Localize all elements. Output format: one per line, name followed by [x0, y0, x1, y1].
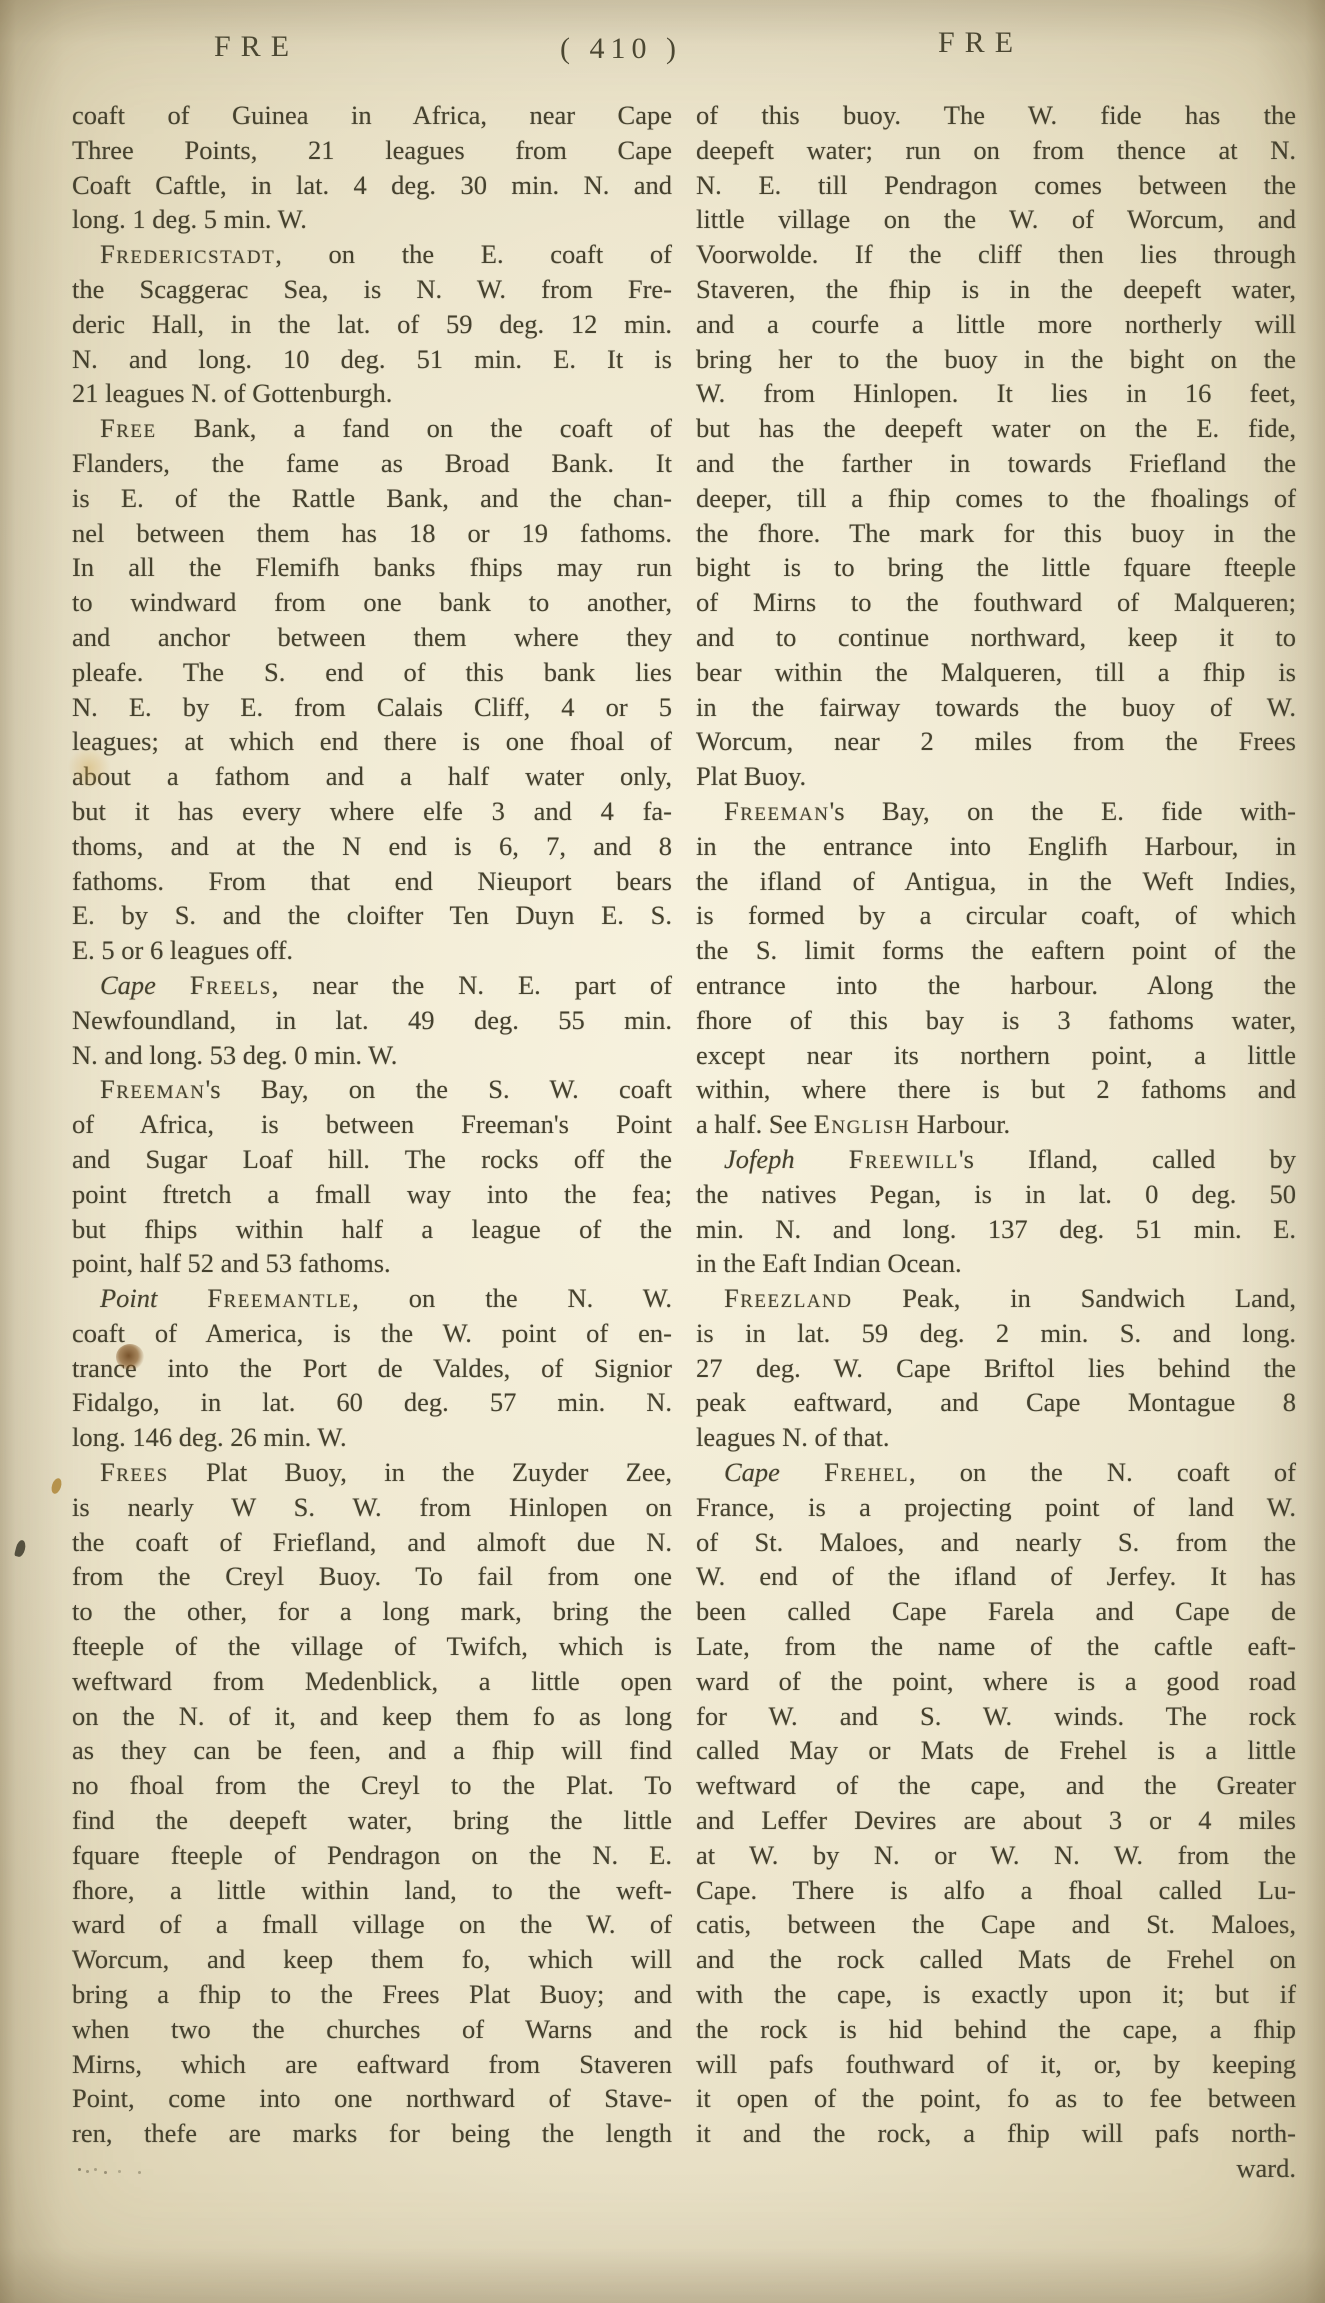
text-line: Fidalgo, in lat. 60 deg. 57 min. N.	[72, 1385, 672, 1420]
text-line: Point Freemantle, on the N. W.	[72, 1281, 672, 1316]
text-line: long. 146 deg. 26 min. W.	[72, 1420, 672, 1455]
text-line: Mirns, which are eaftward from Staveren	[72, 2047, 672, 2082]
text-line: and Sugar Loaf hill. The rocks off the	[72, 1142, 672, 1177]
page-number: ( 410 )	[560, 32, 682, 66]
running-header: FRE ( 410 ) FRE	[0, 30, 1325, 70]
text-column-right: of this buoy. The W. fide has thedeepeft…	[696, 98, 1296, 2186]
text-line: with the cape, is exactly upon it; but i…	[696, 1977, 1296, 2012]
text-line: deepeft water; run on from thence at N.	[696, 133, 1296, 168]
text-line: a half. See English Harbour.	[696, 1107, 1296, 1142]
text-line: ward of the point, where is a good road	[696, 1664, 1296, 1699]
text-line: Worcum, near 2 miles from the Frees	[696, 724, 1296, 759]
text-line: Plat Buoy.	[696, 759, 1296, 794]
header-keyword-right: FRE	[938, 26, 1023, 60]
text-line: and Leffer Devires are about 3 or 4 mile…	[696, 1803, 1296, 1838]
text-line: and to continue northward, keep it to	[696, 620, 1296, 655]
text-line: Flanders, the fame as Broad Bank. It	[72, 446, 672, 481]
text-line: coaft of America, is the W. point of en-	[72, 1316, 672, 1351]
text-line: fquare fteeple of Pendragon on the N. E.	[72, 1838, 672, 1873]
text-line: but fhips within half a league of the	[72, 1212, 672, 1247]
paper-stain	[66, 748, 112, 788]
text-line: coaft of Guinea in Africa, near Cape	[72, 98, 672, 133]
text-line: fteeple of the village of Twifch, which …	[72, 1629, 672, 1664]
text-line: and the rock called Mats de Frehel on	[696, 1942, 1296, 1977]
header-keyword-left: FRE	[214, 30, 299, 64]
text-line: E. 5 or 6 leagues off.	[72, 933, 672, 968]
text-line: when two the churches of Warns and	[72, 2012, 672, 2047]
text-line: of this buoy. The W. fide has the	[696, 98, 1296, 133]
text-line: E. by S. and the cloifter Ten Duyn E. S.	[72, 898, 672, 933]
text-line: Fredericstadt, on the E. coaft of	[72, 237, 672, 272]
text-line: ward.	[696, 2151, 1296, 2186]
text-line: the natives Pegan, is in lat. 0 deg. 50	[696, 1177, 1296, 1212]
text-line: fhore of this bay is 3 fathoms water,	[696, 1003, 1296, 1038]
text-line: about a fathom and a half water only,	[72, 759, 672, 794]
text-line: bear within the Malqueren, till a fhip i…	[696, 655, 1296, 690]
text-line: find the deepeft water, bring the little	[72, 1803, 672, 1838]
text-line: 27 deg. W. Cape Briftol lies behind the	[696, 1351, 1296, 1386]
text-line: weftward from Medenblick, a little open	[72, 1664, 672, 1699]
text-line: within, where there is but 2 fathoms and	[696, 1072, 1296, 1107]
text-line: in the entrance into Englifh Harbour, in	[696, 829, 1296, 864]
text-line: the Scaggerac Sea, is N. W. from Fre-	[72, 272, 672, 307]
text-line: been called Cape Farela and Cape de	[696, 1594, 1296, 1629]
text-line: ren, thefe are marks for being the lengt…	[72, 2116, 672, 2151]
text-line: Frees Plat Buoy, in the Zuyder Zee,	[72, 1455, 672, 1490]
text-line: long. 1 deg. 5 min. W.	[72, 202, 672, 237]
text-line: 21 leagues N. of Gottenburgh.	[72, 376, 672, 411]
text-line: at W. by N. or W. N. W. from the	[696, 1838, 1296, 1873]
ink-stain	[116, 1344, 144, 1370]
text-line: W. from Hinlopen. It lies in 16 feet,	[696, 376, 1296, 411]
text-line: Late, from the name of the caftle eaft-	[696, 1629, 1296, 1664]
text-line: Cape Frehel, on the N. coaft of	[696, 1455, 1296, 1490]
text-line: W. end of the ifland of Jerfey. It has	[696, 1559, 1296, 1594]
text-line: Worcum, and keep them fo, which will	[72, 1942, 672, 1977]
text-line: bring a fhip to the Frees Plat Buoy; and	[72, 1977, 672, 2012]
book-page-scan: FRE ( 410 ) FRE coaft of Guinea in Afric…	[0, 0, 1325, 2303]
text-line: N. E. till Pendragon comes between the	[696, 168, 1296, 203]
text-line: N. and long. 53 deg. 0 min. W.	[72, 1038, 672, 1073]
text-line: as they can be feen, and a fhip will fin…	[72, 1733, 672, 1768]
text-line: fathoms. From that end Nieuport bears	[72, 864, 672, 899]
text-line: deric Hall, in the lat. of 59 deg. 12 mi…	[72, 307, 672, 342]
text-line: is E. of the Rattle Bank, and the chan-	[72, 481, 672, 516]
text-line: the coaft of Friefland, and almoft due N…	[72, 1525, 672, 1560]
text-line: France, is a projecting point of land W.	[696, 1490, 1296, 1525]
text-line: except near its northern point, a little	[696, 1038, 1296, 1073]
text-line: the fhore. The mark for this buoy in the	[696, 516, 1296, 551]
text-line: Cape. There is alfo a fhoal called Lu-	[696, 1873, 1296, 1908]
text-column-left: coaft of Guinea in Africa, near CapeThre…	[72, 98, 672, 2186]
text-line: from the Creyl Buoy. To fail from one	[72, 1559, 672, 1594]
text-line: is nearly W S. W. from Hinlopen on	[72, 1490, 672, 1525]
faded-ink-dots	[78, 2168, 81, 2171]
text-line: Free Bank, a fand on the coaft of	[72, 411, 672, 446]
text-line: fhore, a little within land, to the weft…	[72, 1873, 672, 1908]
text-line: N. and long. 10 deg. 51 min. E. It is	[72, 342, 672, 377]
text-line: the ifland of Antigua, in the Weft Indie…	[696, 864, 1296, 899]
text-line: in the fairway towards the buoy of W.	[696, 690, 1296, 725]
text-line: but has the deepeft water on the E. fide…	[696, 411, 1296, 446]
text-line: peak eaftward, and Cape Montague 8	[696, 1385, 1296, 1420]
text-line: entrance into the harbour. Along the	[696, 968, 1296, 1003]
text-line: trance into the Port de Valdes, of Signi…	[72, 1351, 672, 1386]
text-line: weftward of the cape, and the Greater	[696, 1768, 1296, 1803]
text-line: nel between them has 18 or 19 fathoms.	[72, 516, 672, 551]
text-line: and a courfe a little more northerly wil…	[696, 307, 1296, 342]
text-line: in the Eaft Indian Ocean.	[696, 1246, 1296, 1281]
text-line: and anchor between them where they	[72, 620, 672, 655]
text-line: no fhoal from the Creyl to the Plat. To	[72, 1768, 672, 1803]
text-line: little village on the W. of Worcum, and	[696, 202, 1296, 237]
text-line: of Africa, is between Freeman's Point	[72, 1107, 672, 1142]
text-line: Three Points, 21 leagues from Cape	[72, 133, 672, 168]
margin-ink-mark	[14, 1539, 27, 1558]
text-line: ward of a fmall village on the W. of	[72, 1907, 672, 1942]
text-line: leagues N. of that.	[696, 1420, 1296, 1455]
text-line: Newfoundland, in lat. 49 deg. 55 min.	[72, 1003, 672, 1038]
text-line: is formed by a circular coaft, of which	[696, 898, 1296, 933]
text-line: the rock is hid behind the cape, a fhip	[696, 2012, 1296, 2047]
text-line: catis, between the Cape and St. Maloes,	[696, 1907, 1296, 1942]
text-line: pleafe. The S. end of this bank lies	[72, 655, 672, 690]
text-line: called May or Mats de Frehel is a little	[696, 1733, 1296, 1768]
text-line: Jofeph Freewill's Ifland, called by	[696, 1142, 1296, 1177]
text-line: Freeman's Bay, on the E. fide with-	[696, 794, 1296, 829]
text-line: point, half 52 and 53 fathoms.	[72, 1246, 672, 1281]
text-line: min. N. and long. 137 deg. 51 min. E.	[696, 1212, 1296, 1247]
text-line: will pafs fouthward of it, or, by keepin…	[696, 2047, 1296, 2082]
text-columns: coaft of Guinea in Africa, near CapeThre…	[72, 98, 1296, 2186]
text-line: but it has every where elfe 3 and 4 fa-	[72, 794, 672, 829]
text-line: the S. limit forms the eaftern point of …	[696, 933, 1296, 968]
text-line: Freeman's Bay, on the S. W. coaft	[72, 1072, 672, 1107]
text-line: for W. and S. W. winds. The rock	[696, 1699, 1296, 1734]
text-line: thoms, and at the N end is 6, 7, and 8	[72, 829, 672, 864]
text-line: leagues; at which end there is one fhoal…	[72, 724, 672, 759]
text-line: bight is to bring the little fquare ftee…	[696, 550, 1296, 585]
text-line: on the N. of it, and keep them fo as lon…	[72, 1699, 672, 1734]
text-line: it and the rock, a fhip will pafs north-	[696, 2116, 1296, 2151]
text-line: and the farther in towards Friefland the	[696, 446, 1296, 481]
text-line: to windward from one bank to another,	[72, 585, 672, 620]
text-line: Point, come into one northward of Stave-	[72, 2081, 672, 2116]
text-line: to the other, for a long mark, bring the	[72, 1594, 672, 1629]
text-line: Voorwolde. If the cliff then lies throug…	[696, 237, 1296, 272]
paper-fleck	[50, 1477, 64, 1495]
text-line: In all the Flemifh banks fhips may run	[72, 550, 672, 585]
text-line: point ftretch a fmall way into the fea;	[72, 1177, 672, 1212]
text-line: Coaft Caftle, in lat. 4 deg. 30 min. N. …	[72, 168, 672, 203]
text-line: bring her to the buoy in the bight on th…	[696, 342, 1296, 377]
text-line: it open of the point, fo as to fee betwe…	[696, 2081, 1296, 2116]
text-line: deeper, till a fhip comes to the fhoalin…	[696, 481, 1296, 516]
text-line: of St. Maloes, and nearly S. from the	[696, 1525, 1296, 1560]
text-line: is in lat. 59 deg. 2 min. S. and long.	[696, 1316, 1296, 1351]
text-line: Cape Freels, near the N. E. part of	[72, 968, 672, 1003]
text-line: Staveren, the fhip is in the deepeft wat…	[696, 272, 1296, 307]
text-line: N. E. by E. from Calais Cliff, 4 or 5	[72, 690, 672, 725]
text-line: Freezland Peak, in Sandwich Land,	[696, 1281, 1296, 1316]
text-line: of Mirns to the fouthward of Malqueren;	[696, 585, 1296, 620]
